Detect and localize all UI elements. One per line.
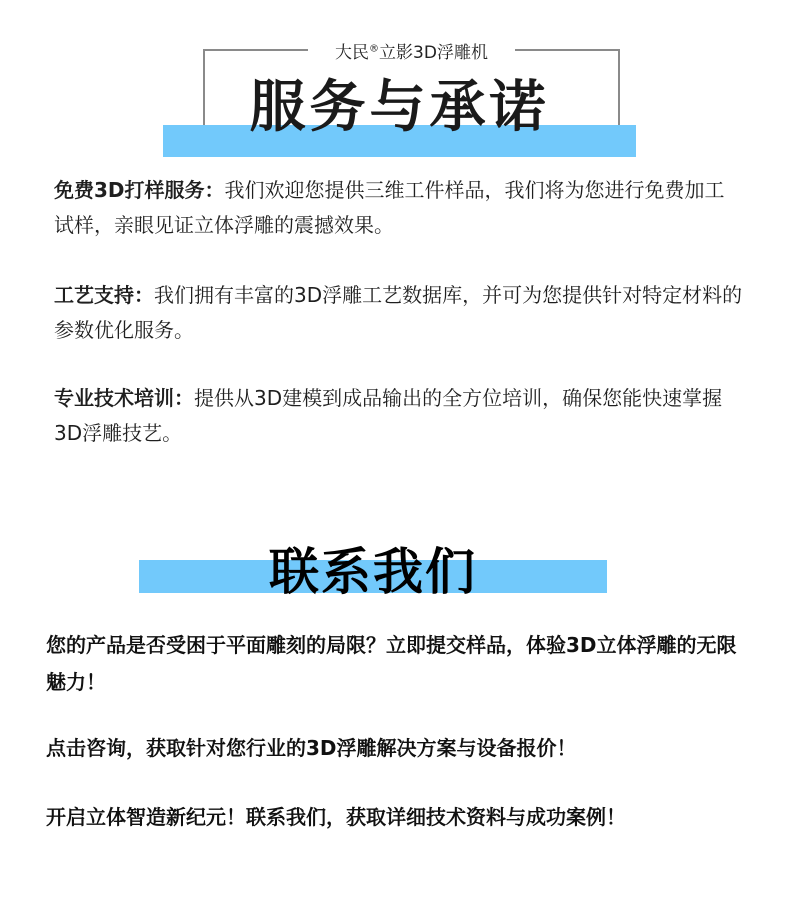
brand-prefix: 大民 xyxy=(335,43,369,63)
brand-subtitle: 大民®立影3D浮雕机 xyxy=(308,38,515,63)
contact-line-3: 开启立体智造新纪元！联系我们，获取详细技术资料与成功案例！ xyxy=(46,799,746,836)
contact-line-1: 您的产品是否受困于平面雕刻的局限？立即提交样品，体验3D立体浮雕的无限魅力！ xyxy=(46,627,746,701)
page-title: 服务与承诺 xyxy=(163,72,636,144)
service-label: 工艺支持： xyxy=(54,283,154,307)
service-item-free-sampling: 免费3D打样服务：我们欢迎您提供三维工件样品，我们将为您进行免费加工试样，亲眼见… xyxy=(54,173,744,243)
service-text: 我们拥有丰富的3D浮雕工艺数据库，并可为您提供针对特定材料的参数优化服务。 xyxy=(54,283,742,342)
service-label: 免费3D打样服务： xyxy=(54,178,225,202)
frame-top-right-line xyxy=(515,49,620,51)
frame-top-left-line xyxy=(203,49,308,51)
service-item-training: 专业技术培训：提供从3D建模到成品输出的全方位培训，确保您能快速掌握3D浮雕技艺… xyxy=(54,381,744,451)
brand-suffix: 立影3D浮雕机 xyxy=(379,43,488,63)
service-item-process-support: 工艺支持：我们拥有丰富的3D浮雕工艺数据库，并可为您提供针对特定材料的参数优化服… xyxy=(54,278,744,348)
contact-title: 联系我们 xyxy=(139,540,607,604)
registered-mark: ® xyxy=(369,43,379,54)
service-label: 专业技术培训： xyxy=(54,386,194,410)
contact-line-2: 点击咨询，获取针对您行业的3D浮雕解决方案与设备报价！ xyxy=(46,730,746,767)
